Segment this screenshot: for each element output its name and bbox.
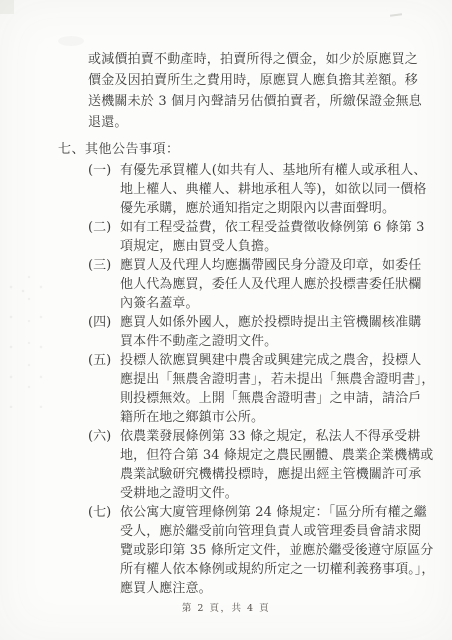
- paragraph-line: 地，但符合第 34 條規定之農民團體、農業企業機構或: [120, 446, 433, 465]
- paragraph-line: 農業試驗研究機構投標時，應提出經主管機關許可承: [120, 465, 433, 484]
- paragraph-line: 送機關未於 3 個月內聲請另估價拍賣者，所繳保證金無息: [88, 91, 428, 112]
- carryover-paragraph: 或減價拍賣不動產時，拍賣所得之價金，如少於原應買之 價金及因拍賣所生之費用時，原…: [88, 49, 428, 133]
- paragraph-line: 優先承購，應於通知指定之期限內以書面聲明。: [120, 199, 428, 218]
- paragraph-line: 依公寓大廈管理條例第 24 條規定：「區分所有權之繼: [120, 503, 435, 522]
- list-item-number: (一): [88, 161, 120, 180]
- paragraph-line: 所有權人依本條例或規約所定之一切權利義務事項。」，: [120, 560, 435, 579]
- paragraph-line: 覽或影印第 35 條所定文件，並應於繼受後遵守原區分: [120, 541, 435, 560]
- paragraph-line: 價金及因拍賣所生之費用時，原應買人應負擔其差額。移: [88, 70, 428, 91]
- paragraph-line: 地上權人、典權人、耕地承租人等)，如欲以同一價格: [120, 180, 428, 199]
- paragraph-line: 有優先承買權人(如共有人、基地所有權人或承租人、: [120, 161, 428, 180]
- list-item-6: (六) 依農業發展條例第 33 條之規定，私法人不得承受耕 地，但符合第 34 …: [88, 427, 428, 503]
- scan-artifact: [390, 13, 402, 16]
- paragraph-line: 受耕地之證明文件。: [120, 484, 433, 503]
- scan-artifact: [0, 0, 14, 14]
- list-item-number: (二): [88, 218, 120, 237]
- list-item-3: (三) 應買人及代理人均應攜帶國民身分證及印章，如委任 他人代為應買，委任人及代…: [88, 256, 428, 313]
- paragraph-line: 應買人及代理人均應攜帶國民身分證及印章，如委任: [120, 256, 428, 275]
- section-heading: 七、其他公告事項：: [58, 140, 428, 160]
- list-item-number: (四): [88, 313, 120, 332]
- list-item-text: 應買人及代理人均應攜帶國民身分證及印章，如委任 他人代為應買，委任人及代理人應於…: [120, 256, 428, 313]
- paragraph-line: 他人代為應買，委任人及代理人應於投標書委任狀欄: [120, 275, 428, 294]
- paragraph-line: 應買人如係外國人，應於投標時提出主管機關核准購: [120, 313, 428, 332]
- paragraph-line: 則投標無效。上開「無農舍證明書」之申請，請洽戶: [120, 389, 435, 408]
- list-item-7: (七) 依公寓大廈管理條例第 24 條規定：「區分所有權之繼 受人，應於繼受前向…: [88, 503, 428, 598]
- paragraph-line: 買本件不動產之證明文件。: [120, 332, 428, 351]
- document-body: 或減價拍賣不動產時，拍賣所得之價金，如少於原應買之 價金及因拍賣所生之費用時，原…: [88, 49, 428, 598]
- list-item-1: (一) 有優先承買權人(如共有人、基地所有權人或承租人、 地上權人、典權人、耕地…: [88, 161, 428, 218]
- list-item-text: 如有工程受益費，依工程受益費徵收條例第 6 條第 3 項規定，應由買受人負擔。: [120, 218, 428, 256]
- paragraph-line: 內簽名蓋章。: [120, 294, 428, 313]
- list-item-text: 應買人如係外國人，應於投標時提出主管機關核准購 買本件不動產之證明文件。: [120, 313, 428, 351]
- paragraph-line: 應提出「無農舍證明書」，若未提出「無農舍證明書」，: [120, 370, 435, 389]
- paragraph-line: 受人，應於繼受前向管理負責人或管理委員會請求閱: [120, 522, 435, 541]
- paragraph-line: 項規定，應由買受人負擔。: [120, 237, 428, 256]
- list-item-5: (五) 投標人欲應買興建中農舍或興建完成之農舍，投標人 應提出「無農舍證明書」，…: [88, 351, 428, 427]
- list-item-text: 有優先承買權人(如共有人、基地所有權人或承租人、 地上權人、典權人、耕地承租人等…: [120, 161, 428, 218]
- paragraph-line: 籍所在地之鄉鎮市公所。: [120, 408, 435, 427]
- list-item-text: 依農業發展條例第 33 條之規定，私法人不得承受耕 地，但符合第 34 條規定之…: [120, 427, 433, 503]
- paragraph-line: 依農業發展條例第 33 條之規定，私法人不得承受耕: [120, 427, 433, 446]
- paragraph-line: 投標人欲應買興建中農舍或興建完成之農舍，投標人: [120, 351, 435, 370]
- paragraph-line: 如有工程受益費，依工程受益費徵收條例第 6 條第 3: [120, 218, 428, 237]
- paragraph-line: 退還。: [88, 112, 428, 133]
- page-number-footer: 第 2 頁，共 4 頁: [0, 600, 452, 614]
- list-item-text: 依公寓大廈管理條例第 24 條規定：「區分所有權之繼 受人，應於繼受前向管理負責…: [120, 503, 435, 598]
- list-item-number: (五): [88, 351, 120, 370]
- paragraph-line: 或減價拍賣不動產時，拍賣所得之價金，如少於原應買之: [88, 49, 428, 70]
- list-item-number: (六): [88, 427, 120, 446]
- list-item-4: (四) 應買人如係外國人，應於投標時提出主管機關核准購 買本件不動產之證明文件。: [88, 313, 428, 351]
- list-item-text: 投標人欲應買興建中農舍或興建完成之農舍，投標人 應提出「無農舍證明書」，若未提出…: [120, 351, 435, 427]
- paragraph-line: 應買人應注意。: [120, 579, 435, 598]
- list-item-2: (二) 如有工程受益費，依工程受益費徵收條例第 6 條第 3 項規定，應由買受人…: [88, 218, 428, 256]
- list-item-number: (七): [88, 503, 120, 522]
- scan-artifact: [6, 268, 50, 408]
- scanned-document-page: 或減價拍賣不動產時，拍賣所得之價金，如少於原應買之 價金及因拍賣所生之費用時，原…: [0, 0, 452, 640]
- scan-artifact: [58, 36, 84, 46]
- list-item-number: (三): [88, 256, 120, 275]
